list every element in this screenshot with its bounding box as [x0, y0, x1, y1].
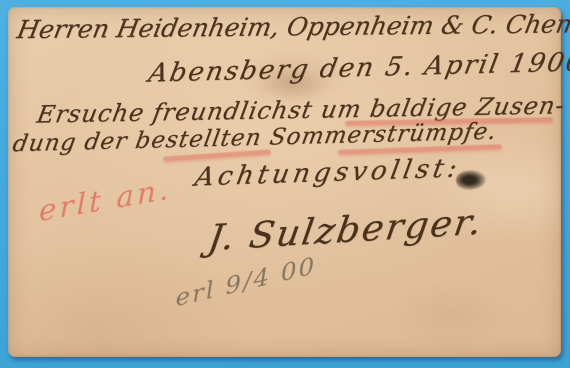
- signature: J. Sulzberger.: [206, 203, 486, 259]
- pencil-note: erl 9/4 00: [175, 252, 317, 311]
- ink-blot: [456, 170, 486, 190]
- red-pencil-annotation: erlt an.: [39, 174, 171, 228]
- scanned-postcard: Herren Heidenheim, Oppenheim & C. Chemni…: [0, 0, 570, 368]
- address-line: Herren Heidenheim, Oppenheim & C. Chemni…: [15, 10, 570, 44]
- dateline: Abensberg den 5. April 1900: [146, 48, 570, 88]
- postcard-paper: Herren Heidenheim, Oppenheim & C. Chemni…: [8, 7, 561, 357]
- closing-line: Achtungsvollst:: [193, 154, 463, 192]
